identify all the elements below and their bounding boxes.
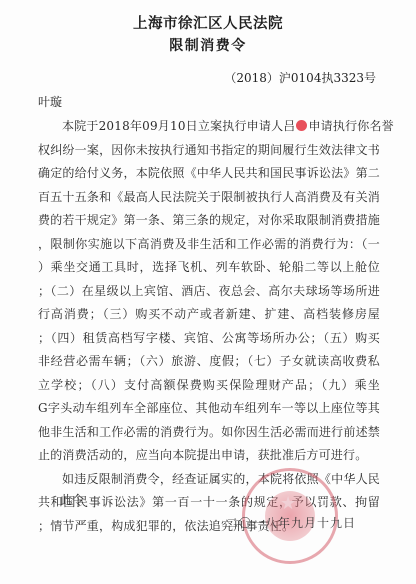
body-line: 非经营必需车辆；（六）旅游、度假；（七）子女就读高收费私: [38, 350, 380, 374]
body-line: 本院于2018年09月10日立案执行申请人吕申请执行你名誉: [38, 115, 380, 139]
body-line: 行高消费；（三）购买不动产或者新建、扩建、高档装修房屋: [38, 303, 380, 327]
court-name: 上海市徐汇区人民法院: [0, 12, 416, 33]
body-line: G字头动车组列车全部座位、其他动车组列车一等以上座位等其: [38, 397, 380, 421]
body-line: 费的若干规定》第一条、第三条的规定，对你采取限制消费措施: [38, 209, 380, 233]
case-number: （2018）沪0104执3323号: [224, 69, 376, 86]
issue-date: 二〇一八年九月十九日: [226, 514, 356, 531]
body-text: 申请执行你名誉: [308, 119, 393, 133]
body-line: 他非生活和工作必需的消费行为。如你因生活必需而进行前述禁: [38, 421, 380, 445]
document-body: 本院于2018年09月10日立案执行申请人吕申请执行你名誉 权纠纷一案，因你未按…: [38, 115, 380, 538]
body-line: ；（四）租赁高档写字楼、宾馆、公寓等场所办公；（五）购买: [38, 327, 380, 351]
body-line: 确定的给付义务，本院依照《中华人民共和国民事诉讼法》第二: [38, 162, 380, 186]
body-line: ，限制你实施以下高消费及非生活和工作必需的消费行为：（一: [38, 233, 380, 257]
redaction-mark-icon: [296, 120, 307, 131]
recipient-name: 叶璇: [38, 93, 62, 110]
body-line: ）乘坐交通工具时，选择飞机、列车软卧、轮船二等以上舱位: [38, 256, 380, 280]
body-line: 止的消费活动的，应当向本院提出申请，获批准后方可进行。: [38, 444, 380, 468]
star-icon: ★: [280, 493, 296, 514]
body-line: ；（二）在星级以上宾馆、酒店、夜总会、高尔夫球场等场所进: [38, 280, 380, 304]
body-line: 百五十五条和《最高人民法院关于限制被执行人高消费及有关消: [38, 186, 380, 210]
closing-phrase: 此令: [60, 491, 84, 508]
body-line: 权纠纷一案，因你未按执行通知书指定的期间履行生效法律文书: [38, 139, 380, 163]
document-type-title: 限制消费令: [0, 35, 416, 55]
court-document: 上海市徐汇区人民法院 限制消费令 （2018）沪0104执3323号 叶璇 本院…: [0, 0, 416, 584]
body-text: 本院于2018年09月10日立案执行申请人吕: [62, 119, 295, 133]
body-line: 立学校；（八）支付高额保费购买保险理财产品；（九）乘坐: [38, 374, 380, 398]
